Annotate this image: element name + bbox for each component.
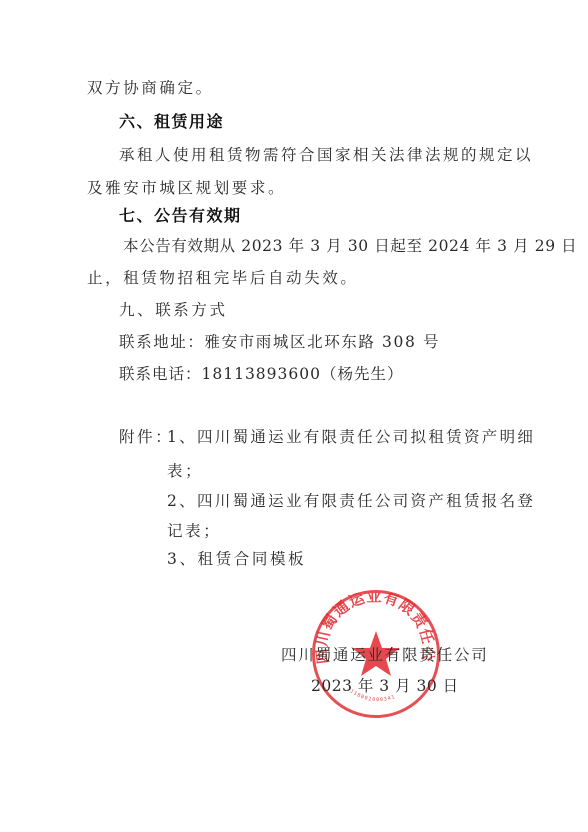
signature-company: 四川蜀通运业有限责任公司 xyxy=(281,645,489,665)
section-heading-contact: 九、联系方式 xyxy=(119,300,228,320)
attachment-item-1: 1、四川蜀通运业有限责任公司拟租赁资产明细 xyxy=(167,427,535,447)
paragraph-line: 本公告有效期从 2023 年 3 月 30 日起至 2024 年 3 月 29 … xyxy=(123,236,577,256)
paragraph-line: 承租人使用租赁物需符合国家相关法律法规的规定以 xyxy=(119,145,533,165)
attachment-item-2: 2、四川蜀通运业有限责任公司资产租赁报名登 xyxy=(167,491,535,511)
paragraph-line: 止，租赁物招租完毕后自动失效。 xyxy=(87,268,359,288)
document-page: 双方协商确定。 六、租赁用途 承租人使用租赁物需符合国家相关法律法规的规定以 及… xyxy=(0,0,588,832)
contact-address: 联系地址：雅安市雨城区北环东路 308 号 xyxy=(119,332,440,352)
attachment-item-2-cont: 记表； xyxy=(167,521,221,541)
signature-date: 2023 年 3 月 30 日 xyxy=(311,676,459,696)
section-heading-usage: 六、租赁用途 xyxy=(119,112,224,132)
attachments-label: 附件： xyxy=(119,427,173,447)
contact-phone: 联系电话：18113893600（杨先生） xyxy=(119,364,403,384)
section-heading-validity: 七、公告有效期 xyxy=(119,206,242,226)
paragraph-line: 及雅安市城区规划要求。 xyxy=(87,178,286,198)
attachment-item-1-cont: 表； xyxy=(167,461,203,481)
attachment-item-3: 3、租赁合同模板 xyxy=(167,549,306,569)
paragraph-line: 双方协商确定。 xyxy=(87,78,214,98)
